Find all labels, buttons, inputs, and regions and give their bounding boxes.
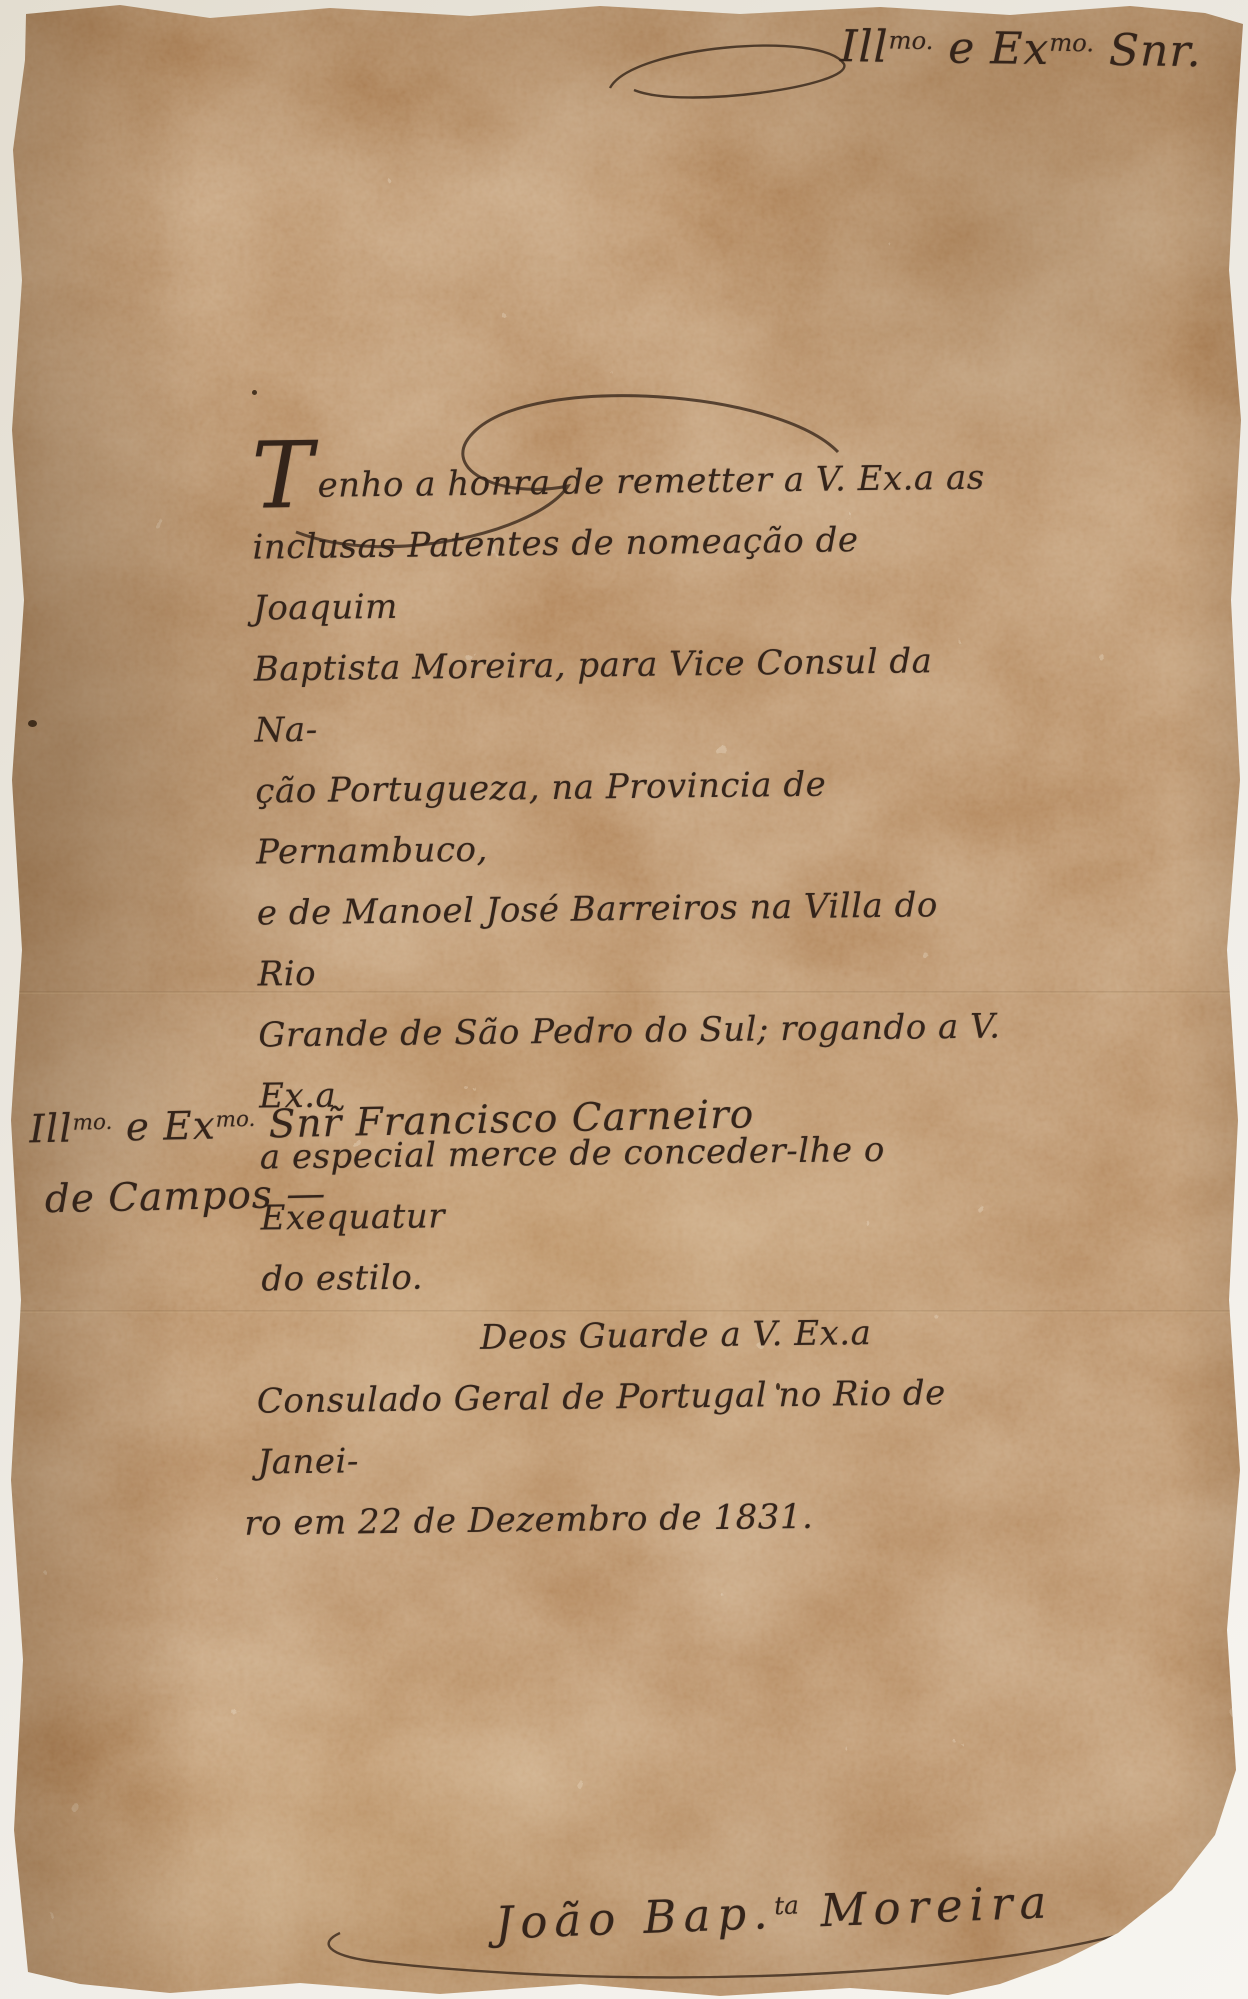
addressee-superscript: mo. xyxy=(72,1110,112,1136)
paper-sheet: Illmo. e Exmo. Snr. Tenho a honra de rem… xyxy=(0,0,1248,1999)
salutation-superscript: mo. xyxy=(888,27,933,56)
body-line: ção Portugueza, na Provincia de Pernambu… xyxy=(255,752,1001,883)
addressee-text: Ill xyxy=(29,1106,73,1152)
folio-number: 3 xyxy=(1120,1911,1157,1973)
addressee-text: e Ex xyxy=(112,1103,216,1150)
salutation-superscript: mo. xyxy=(1049,29,1094,58)
signature-superscript: ta xyxy=(774,1890,800,1920)
dateline: Consulado Geral de Portugal no Rio de Ja… xyxy=(256,1362,1008,1493)
ink-speck xyxy=(252,390,257,395)
signature-text: Moreira xyxy=(798,1875,1054,1938)
body-line: inclusas Patentes de nomeação de Joaquim xyxy=(252,508,998,639)
body-line: e de Manoel José Barreiros na Villa do R… xyxy=(257,874,1003,1005)
addressee-superscript: mo. xyxy=(215,1107,255,1133)
salutation-text: e Ex xyxy=(933,22,1050,75)
salutation-line: Illmo. e Exmo. Snr. xyxy=(840,21,1248,78)
letter-body: Tenho a honra de remetter a V. Ex.a as i… xyxy=(251,447,1009,1554)
addressee-text: Snr̃ Francisco Carneiro xyxy=(255,1092,755,1147)
body-line: do estilo. xyxy=(261,1240,1007,1310)
body-line: Tenho a honra de remetter a V. Ex.a as xyxy=(251,447,997,517)
ink-speck xyxy=(28,720,37,727)
salutation-text: Ill xyxy=(840,21,889,73)
valediction-line: Deos Guarde a V. Ex.a xyxy=(262,1301,1008,1371)
body-line-text: enho a honra de remetter a V. Ex.a as xyxy=(317,458,985,506)
scan-backing: Illmo. e Exmo. Snr. Tenho a honra de rem… xyxy=(0,0,1248,1999)
body-line: Baptista Moreira, para Vice Consul da Na… xyxy=(254,630,1000,761)
addressee-line: de Campos — xyxy=(44,1150,756,1235)
salutation-text: Snr. xyxy=(1094,25,1202,77)
signature-text: João Bap. xyxy=(494,1886,775,1950)
addressee-block: Illmo. e Exmo. Snr̃ Francisco Carneiro d… xyxy=(29,1074,757,1235)
dateline: ro em 22 de Dezembro de 1831. xyxy=(244,1484,1010,1554)
initial-letter: T xyxy=(251,422,314,530)
addressee-line: Illmo. e Exmo. Snr̃ Francisco Carneiro xyxy=(29,1074,755,1165)
